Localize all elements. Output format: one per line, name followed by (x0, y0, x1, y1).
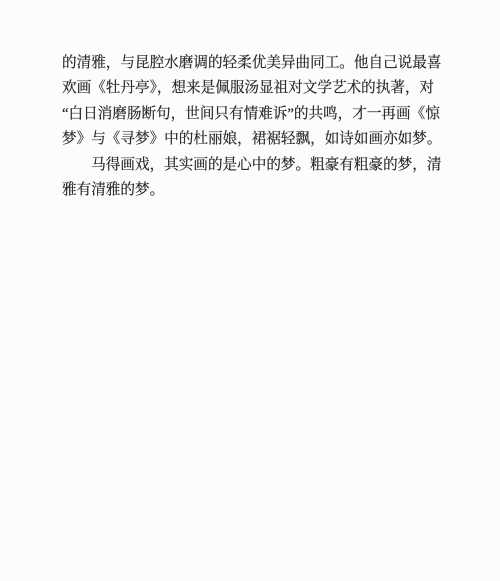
text-block: 的清雅，与昆腔水磨调的轻柔优美异曲同工。他自己说最喜 欢画《牡丹亭》，想来是佩服… (62, 51, 446, 203)
text-line: 欢画《牡丹亭》，想来是佩服汤显祖对文学艺术的执著，对 (62, 76, 446, 101)
text-line: 的清雅，与昆腔水磨调的轻柔优美异曲同工。他自己说最喜 (62, 51, 446, 76)
text-line: 马得画戏，其实画的是心中的梦。粗豪有粗豪的梦，清 (62, 153, 446, 178)
text-line: 梦》与《寻梦》中的杜丽娘，裙裾轻飘，如诗如画亦如梦。 (62, 127, 446, 152)
paragraph: 马得画戏，其实画的是心中的梦。粗豪有粗豪的梦，清 雅有清雅的梦。 (62, 153, 446, 204)
paragraph: 的清雅，与昆腔水磨调的轻柔优美异曲同工。他自己说最喜 欢画《牡丹亭》，想来是佩服… (62, 51, 446, 153)
book-page: 的清雅，与昆腔水磨调的轻柔优美异曲同工。他自己说最喜 欢画《牡丹亭》，想来是佩服… (0, 0, 500, 581)
text-line: 雅有清雅的梦。 (62, 178, 446, 203)
text-line: “白日消磨肠断句，世间只有情难诉”的共鸣，才一再画《惊 (62, 102, 446, 127)
